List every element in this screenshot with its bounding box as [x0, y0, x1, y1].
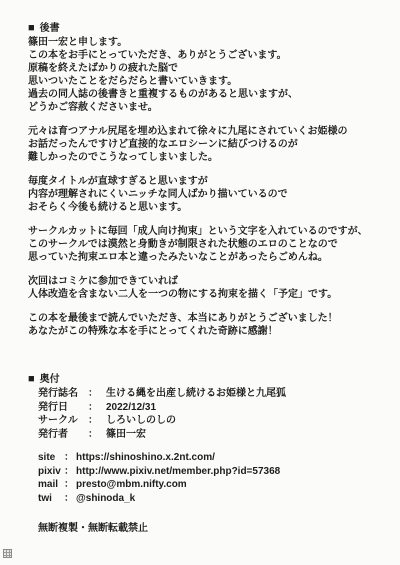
colophon-row-colon: ： [88, 414, 106, 428]
colophon-row-colon: ： [88, 387, 106, 401]
colophon-row-value: 篠田一宏 [106, 428, 388, 442]
colophon-section: ■ 奥付 発行誌名 ： 生ける縄を出産し続けるお姫様と九尾狐 発行日 ： 202… [28, 373, 388, 535]
colophon-row-label: サークル [38, 414, 88, 428]
scanned-document-page: ■ 後書 篠田一宏と申します。 この本をお手にとっていただき、ありがとうございま… [0, 0, 400, 565]
afterword-heading: ■ 後書 [28, 22, 388, 35]
colophon-heading: ■ 奥付 [28, 373, 388, 386]
afterword-paragraph: 元々は育つアナル尻尾を埋め込まれて徐々に九尾にされていくお姫様の お話だったんで… [28, 125, 388, 164]
colophon-row-value: しろいしのしの [106, 414, 388, 428]
colophon-row-circle: サークル ： しろいしのしの [38, 414, 388, 428]
afterword-paragraph: 毎度タイトルが直球すぎると思いますが 内容が理解されにくいニッチな同人ばかり描い… [28, 175, 388, 214]
colophon-row-publisher: 発行者 ： 篠田一宏 [38, 428, 388, 442]
link-row-colon: ： [64, 478, 76, 492]
copyright-notice: 無断複製・無断転載禁止 [38, 522, 388, 535]
page-corner-grid-icon [3, 549, 12, 558]
colophon-row-colon: ： [88, 428, 106, 442]
colophon-row-label: 発行日 [38, 401, 88, 415]
colophon-row-label: 発行者 [38, 428, 88, 442]
colophon-rows: 発行誌名 ： 生ける縄を出産し続けるお姫様と九尾狐 発行日 ： 2022/12/… [38, 387, 388, 441]
colophon-row-value: 2022/12/31 [106, 401, 388, 415]
afterword-paragraph: 次回はコミケに参加できていれば 人体改造を含まない二人を一つの物にする拘束を描く… [28, 275, 388, 301]
colophon-row-label: 発行誌名 [38, 387, 88, 401]
link-row-mail: mail ： presto@mbm.nifty.com [38, 478, 388, 492]
link-row-value: presto@mbm.nifty.com [76, 478, 388, 492]
colophon-title: 奥付 [40, 373, 60, 386]
colophon-row-value: 生ける縄を出産し続けるお姫様と九尾狐 [106, 387, 388, 401]
afterword-paragraph: この本を最後まで読んでいただき、本当にありがとうございました！ あなたがこの特殊… [28, 312, 388, 338]
contact-links: site ： https://shinoshino.x.2nt.com/ pix… [38, 451, 388, 505]
colophon-row-publication-date: 発行日 ： 2022/12/31 [38, 401, 388, 415]
link-row-colon: ： [64, 465, 76, 479]
afterword-section: ■ 後書 篠田一宏と申します。 この本をお手にとっていただき、ありがとうございま… [28, 22, 388, 338]
link-row-twitter: twi ： @shinoda_k [38, 492, 388, 506]
colophon-row-publication-title: 発行誌名 ： 生ける縄を出産し続けるお姫様と九尾狐 [38, 387, 388, 401]
colophon-row-colon: ： [88, 401, 106, 415]
link-row-value: https://shinoshino.x.2nt.com/ [76, 451, 388, 465]
link-row-colon: ： [64, 492, 76, 506]
link-row-label: twi [38, 492, 64, 506]
link-row-value: @shinoda_k [76, 492, 388, 506]
page-content: ■ 後書 篠田一宏と申します。 この本をお手にとっていただき、ありがとうございま… [28, 22, 388, 535]
link-row-label: mail [38, 478, 64, 492]
afterword-paragraph: サークルカットに毎回「成人向け拘束」という文字を入れているのですが、 このサーク… [28, 225, 388, 264]
section-marker-square-icon: ■ [28, 22, 35, 35]
section-marker-square-icon: ■ [28, 373, 35, 386]
link-row-pixiv: pixiv ： http://www.pixiv.net/member.php?… [38, 465, 388, 479]
link-row-colon: ： [64, 451, 76, 465]
afterword-title: 後書 [40, 22, 60, 35]
link-row-label: pixiv [38, 465, 64, 479]
link-row-site: site ： https://shinoshino.x.2nt.com/ [38, 451, 388, 465]
link-row-label: site [38, 451, 64, 465]
link-row-value: http://www.pixiv.net/member.php?id=57368 [76, 465, 388, 479]
afterword-paragraph: 篠田一宏と申します。 この本をお手にとっていただき、ありがとうございます。 原稿… [28, 36, 388, 114]
